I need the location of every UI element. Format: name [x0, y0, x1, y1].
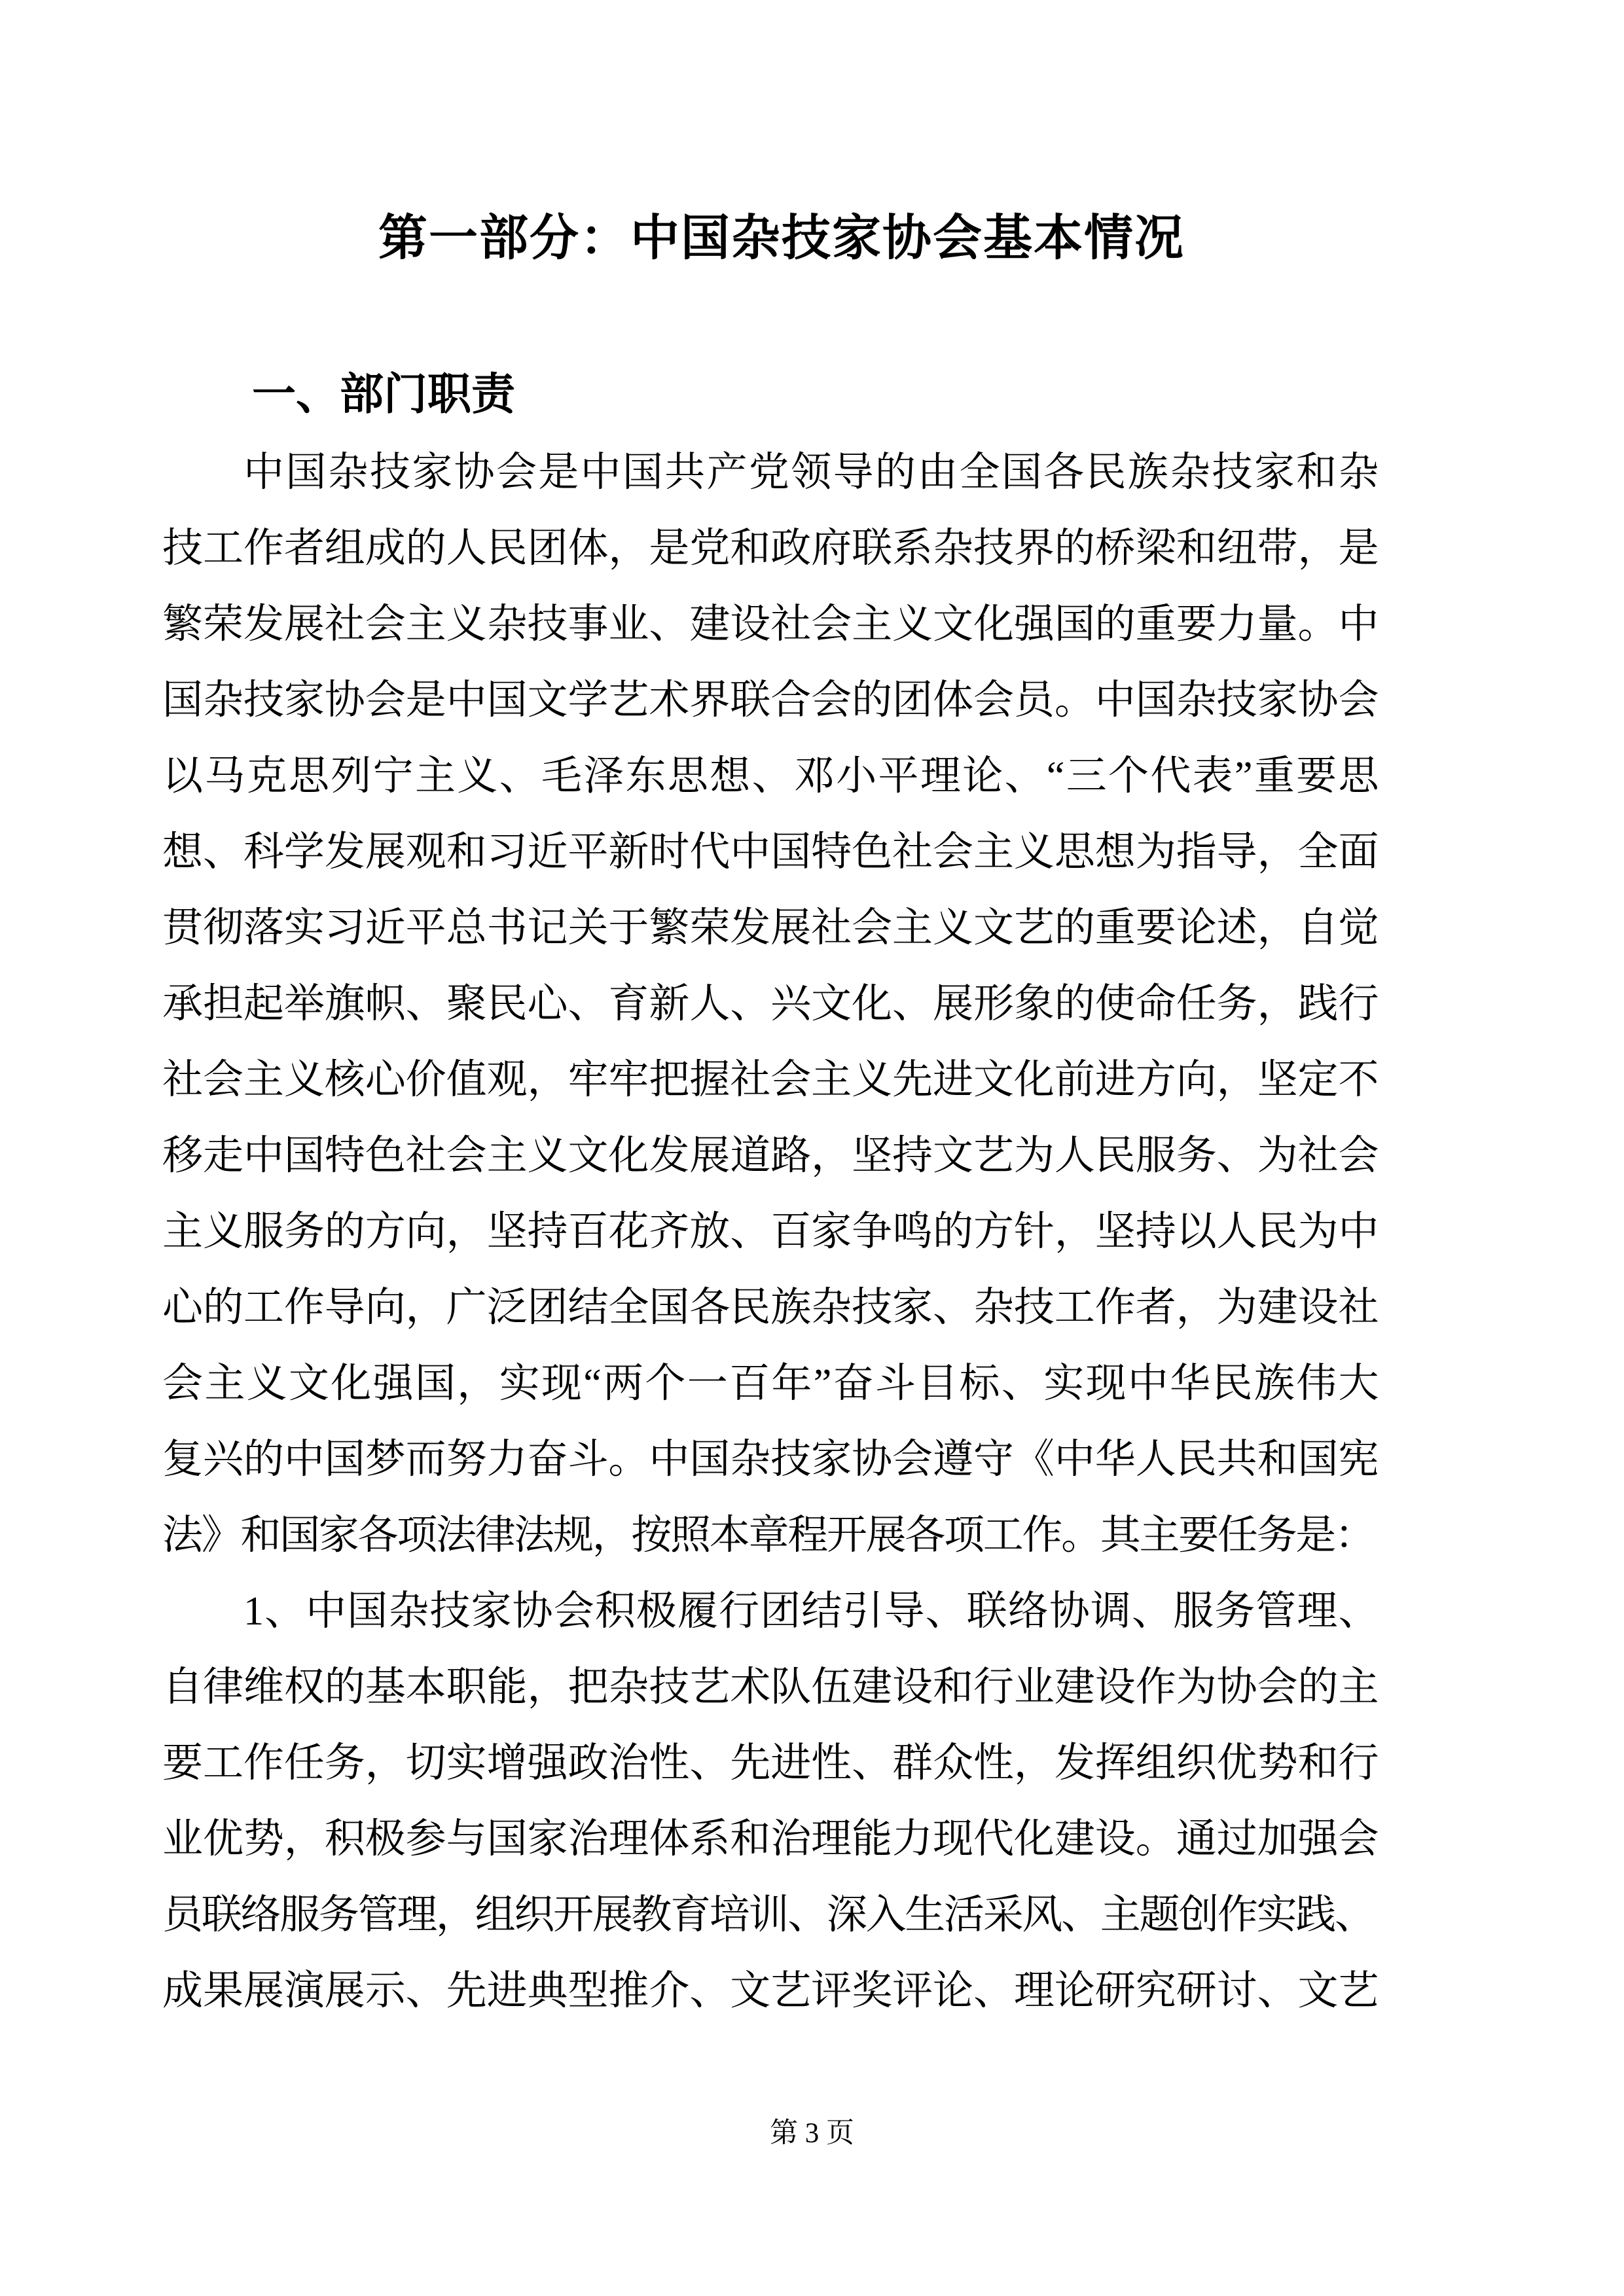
- page-number: 第 3 页: [0, 2117, 1624, 2151]
- page-title: 第一部分：中国杂技家协会基本情况: [378, 211, 1185, 265]
- body-line: 移走中国特色社会主义文化发展道路，坚持文艺为人民服务、为社会: [162, 1118, 1379, 1194]
- body-line: 复兴的中国梦而努力奋斗。中国杂技家协会遵守《中华人民共和国宪: [162, 1422, 1379, 1498]
- body-line: 业优势，积极参与国家治理体系和治理能力现代化建设。通过加强会: [162, 1801, 1379, 1877]
- body-line: 社会主义核心价值观，牢牢把握社会主义先进文化前进方向，坚定不: [162, 1042, 1379, 1118]
- body-line: 承担起举旗帜、聚民心、育新人、兴文化、展形象的使命任务，践行: [162, 966, 1379, 1042]
- body-line: 1、中国杂技家协会积极履行团结引导、联络协调、服务管理、: [162, 1573, 1379, 1649]
- body-line: 法》和国家各项法律法规，按照本章程开展各项工作。其主要任务是：: [162, 1498, 1379, 1573]
- body-line: 技工作者组成的人民团体，是党和政府联系杂技界的桥梁和纽带，是: [162, 511, 1379, 586]
- body-text: 中国杂技家协会是中国共产党领导的由全国各民族杂技家和杂 技工作者组成的人民团体，…: [162, 435, 1379, 2029]
- body-line: 自律维权的基本职能，把杂技艺术队伍建设和行业建设作为协会的主: [162, 1649, 1379, 1725]
- body-line: 中国杂技家协会是中国共产党领导的由全国各民族杂技家和杂: [162, 435, 1379, 511]
- body-line: 心的工作导向，广泛团结全国各民族杂技家、杂技工作者，为建设社: [162, 1270, 1379, 1346]
- body-line: 员联络服务管理，组织开展教育培训、深入生活采风、主题创作实践、: [162, 1877, 1379, 1953]
- body-line: 主义服务的方向，坚持百花齐放、百家争鸣的方针，坚持以人民为中: [162, 1194, 1379, 1270]
- body-line: 国杂技家协会是中国文学艺术界联合会的团体会员。中国杂技家协会: [162, 662, 1379, 738]
- body-line: 成果展演展示、先进典型推介、文艺评奖评论、理论研究研讨、文艺: [162, 1953, 1379, 2029]
- body-line: 以马克思列宁主义、毛泽东思想、邓小平理论、“三个代表”重要思: [162, 738, 1379, 814]
- document-page: 第一部分：中国杂技家协会基本情况 一、部门职责 中国杂技家协会是中国共产党领导的…: [0, 0, 1624, 2296]
- body-line: 贯彻落实习近平总书记关于繁荣发展社会主义文艺的重要论述，自觉: [162, 890, 1379, 966]
- body-line: 繁荣发展社会主义杂技事业、建设社会主义文化强国的重要力量。中: [162, 586, 1379, 662]
- section-heading: 一、部门职责: [252, 370, 515, 419]
- body-line: 要工作任务，切实增强政治性、先进性、群众性，发挥组织优势和行: [162, 1725, 1379, 1801]
- body-line: 想、科学发展观和习近平新时代中国特色社会主义思想为指导，全面: [162, 814, 1379, 890]
- body-line: 会主义文化强国，实现“两个一百年”奋斗目标、实现中华民族伟大: [162, 1346, 1379, 1422]
